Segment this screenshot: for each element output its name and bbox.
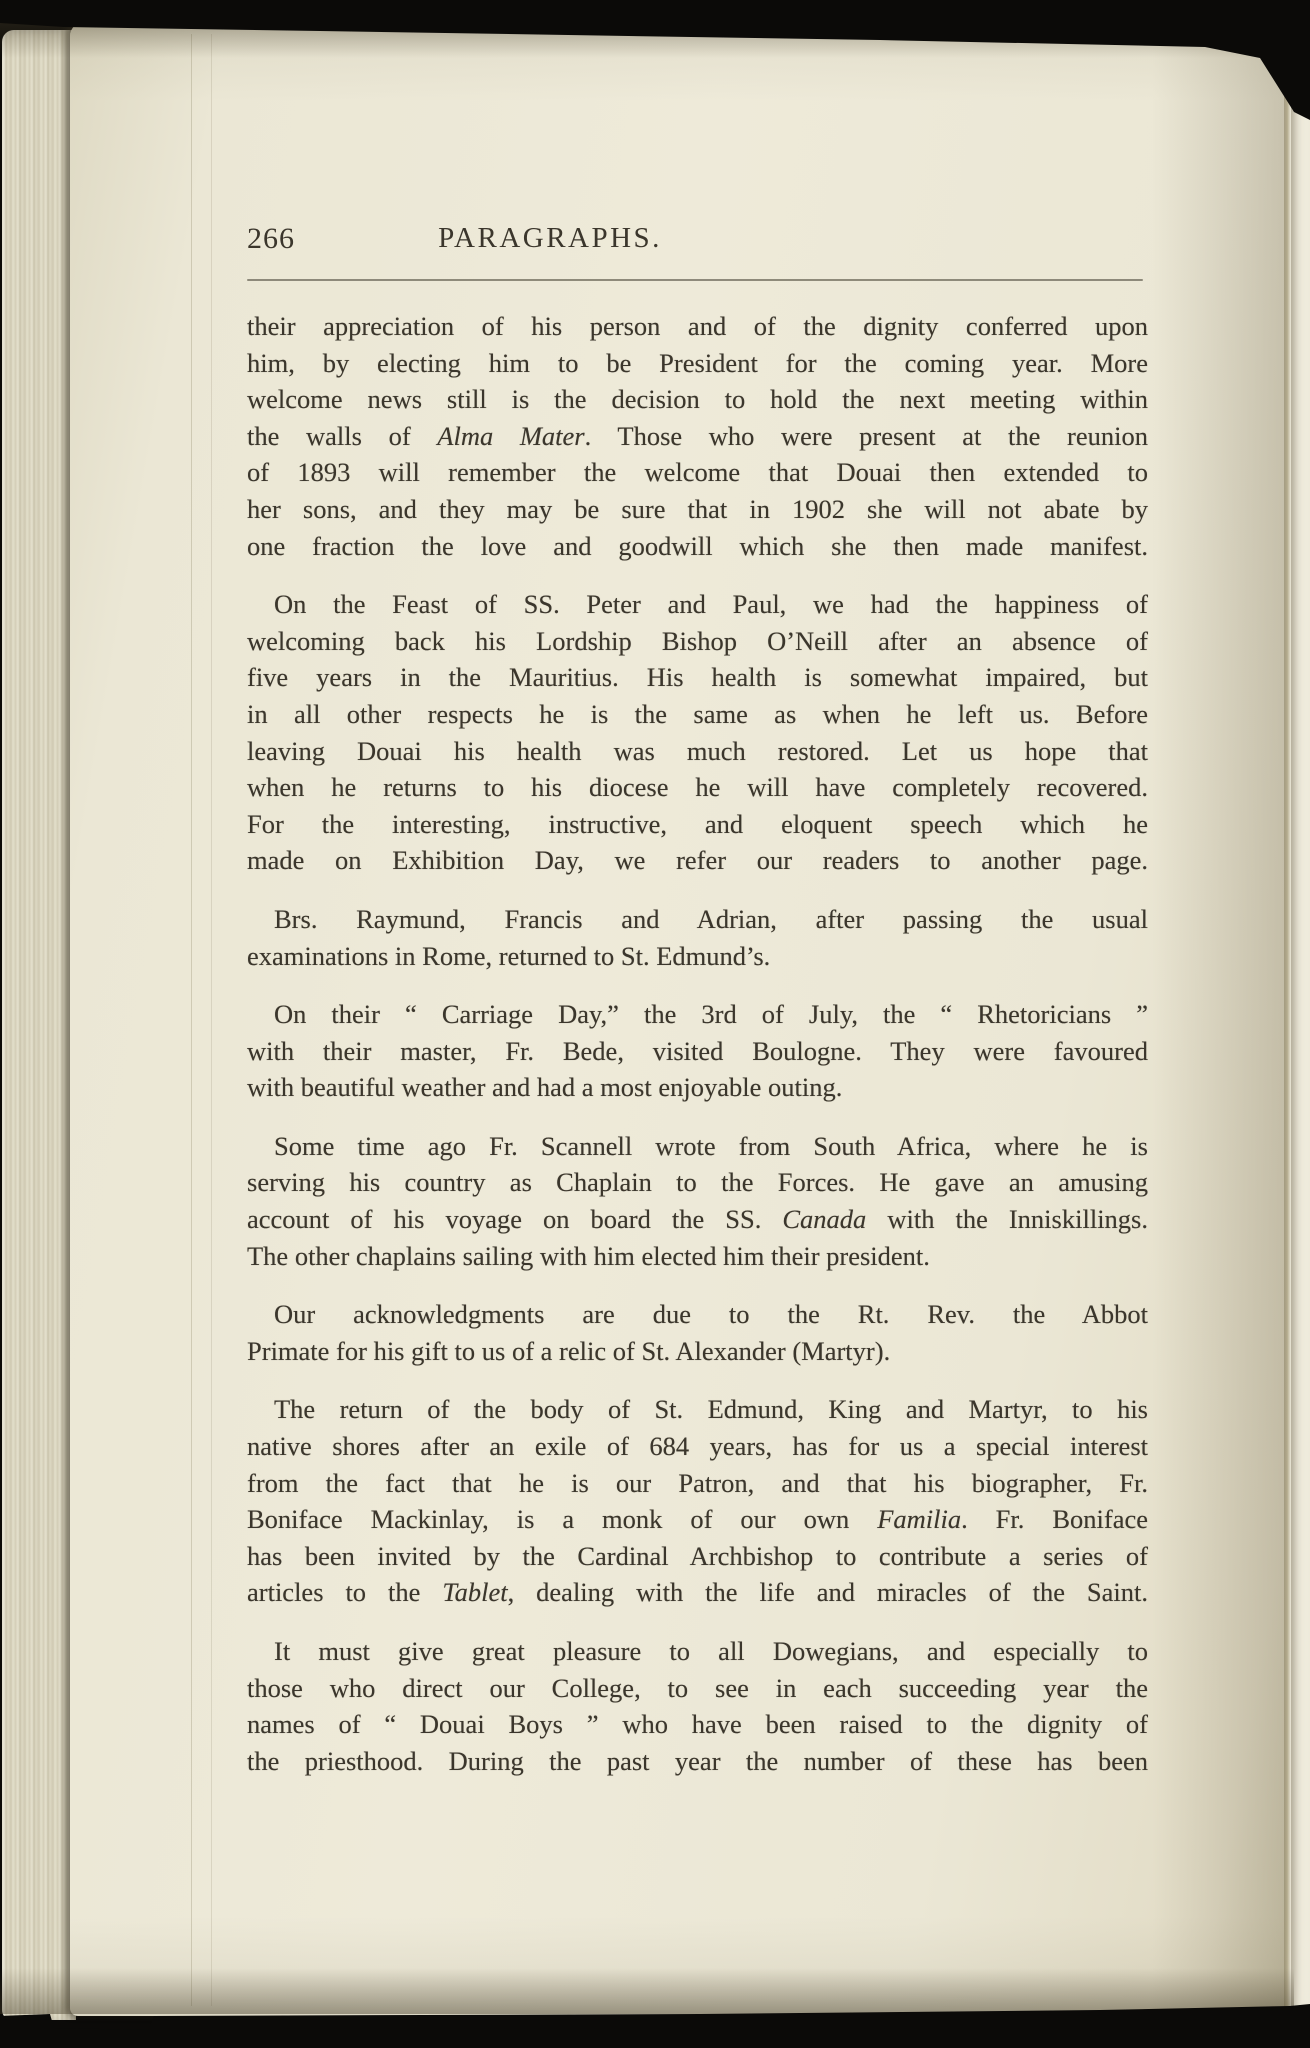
text-segment: Our acknowledgments are due to the Rt. R… <box>274 1299 1148 1329</box>
text-line: in all other respects he is the same as … <box>247 696 1148 733</box>
text-segment: leaving Douai his health was much restor… <box>247 736 1148 766</box>
text-segment: those who direct our College, to see in … <box>247 1673 1148 1703</box>
paragraph: The return of the body of St. Edmund, Ki… <box>247 1391 1148 1611</box>
text-segment: examinations in Rome, returned to St. Ed… <box>247 941 770 971</box>
text-line: Our acknowledgments are due to the Rt. R… <box>247 1296 1148 1333</box>
text-segment: one fraction the love and goodwill which… <box>247 531 1148 561</box>
text-segment: Some time ago Fr. Scannell wrote from So… <box>274 1131 1148 1161</box>
text-line: For the interesting, instructive, and el… <box>247 806 1148 843</box>
text-line: examinations in Rome, returned to St. Ed… <box>247 938 1148 975</box>
text-segment: their appreciation of his person and of … <box>247 311 1148 341</box>
text-segment: On the Feast of SS. Peter and Paul, we h… <box>274 589 1148 619</box>
head-rule <box>247 279 1143 281</box>
paragraph: Some time ago Fr. Scannell wrote from So… <box>247 1128 1148 1274</box>
paragraph: On the Feast of SS. Peter and Paul, we h… <box>247 586 1148 879</box>
text-segment: The return of the body of St. Edmund, Ki… <box>274 1394 1148 1424</box>
text-segment: welcoming back his Lordship Bishop O’Nei… <box>247 626 1148 656</box>
text-segment: made on Exhibition Day, we refer our rea… <box>247 845 1148 875</box>
text-line: welcome news still is the decision to ho… <box>247 381 1148 418</box>
text-line: articles to the Tablet, dealing with the… <box>247 1574 1148 1611</box>
text-line: made on Exhibition Day, we refer our rea… <box>247 842 1148 879</box>
italic-text: Alma Mater <box>437 421 584 451</box>
text-segment: account of his voyage on board the SS. <box>247 1204 782 1234</box>
text-line: their appreciation of his person and of … <box>247 308 1148 345</box>
page-fold-line <box>211 34 212 2006</box>
text-segment: from the fact that he is our Patron, and… <box>247 1468 1148 1498</box>
text-segment: , dealing with the life and miracles of … <box>508 1577 1148 1607</box>
paragraph: their appreciation of his person and of … <box>247 308 1148 564</box>
text-line: the priesthood. During the past year the… <box>247 1743 1148 1780</box>
text-line: account of his voyage on board the SS. C… <box>247 1201 1148 1238</box>
text-segment: For the interesting, instructive, and el… <box>247 809 1148 839</box>
text-segment: articles to the <box>247 1577 442 1607</box>
text-segment: the priesthood. During the past year the… <box>247 1746 1148 1776</box>
text-block: their appreciation of his person and of … <box>247 308 1148 1779</box>
text-line: On the Feast of SS. Peter and Paul, we h… <box>247 586 1148 623</box>
text-line: Brs. Raymund, Francis and Adrian, after … <box>247 901 1148 938</box>
paragraph: On their “ Carriage Day,” the 3rd of Jul… <box>247 996 1148 1106</box>
paragraph: Brs. Raymund, Francis and Adrian, after … <box>247 901 1148 974</box>
text-line: Boniface Mackinlay, is a monk of our own… <box>247 1501 1148 1538</box>
text-line: The return of the body of St. Edmund, Ki… <box>247 1391 1148 1428</box>
page-number: 266 <box>247 222 295 255</box>
text-segment: . Fr. Boniface <box>961 1504 1148 1534</box>
gutter-shade <box>1152 22 1292 2016</box>
text-segment: serving his country as Chaplain to the F… <box>247 1167 1148 1197</box>
text-segment: The other chaplains sailing with him ele… <box>247 1241 930 1271</box>
text-line: with beautiful weather and had a most en… <box>247 1069 1148 1106</box>
italic-text: Canada <box>782 1204 866 1234</box>
text-segment: has been invited by the Cardinal Archbis… <box>247 1541 1148 1571</box>
gutter-crease <box>1284 28 1291 2012</box>
text-segment: It must give great pleasure to all Doweg… <box>274 1636 1148 1666</box>
text-line: native shores after an exile of 684 year… <box>247 1428 1148 1465</box>
paragraph: It must give great pleasure to all Doweg… <box>247 1633 1148 1779</box>
text-line: five years in the Mauritius. His health … <box>247 659 1148 696</box>
text-line: The other chaplains sailing with him ele… <box>247 1238 1148 1275</box>
text-segment: of 1893 will remember the welcome that D… <box>247 457 1148 487</box>
text-segment: native shores after an exile of 684 year… <box>247 1431 1148 1461</box>
text-line: from the fact that he is our Patron, and… <box>247 1465 1148 1502</box>
page-fold-line <box>191 34 192 2006</box>
text-segment: when he returns to his diocese he will h… <box>247 772 1148 802</box>
text-segment: On their “ Carriage Day,” the 3rd of Jul… <box>274 999 1148 1029</box>
text-line: with their master, Fr. Bede, visited Bou… <box>247 1033 1148 1070</box>
text-line: serving his country as Chaplain to the F… <box>247 1164 1148 1201</box>
text-line: those who direct our College, to see in … <box>247 1670 1148 1707</box>
text-line: the walls of Alma Mater. Those who were … <box>247 418 1148 455</box>
text-segment: with beautiful weather and had a most en… <box>247 1072 842 1102</box>
bottom-edge-shading <box>0 1968 1294 2014</box>
text-line: when he returns to his diocese he will h… <box>247 769 1148 806</box>
book-page: 266 PARAGRAPHS. their appreciation of hi… <box>70 22 1292 2016</box>
text-line: names of “ Douai Boys ” who have been ra… <box>247 1706 1148 1743</box>
text-line: leaving Douai his health was much restor… <box>247 733 1148 770</box>
paragraph: Our acknowledgments are due to the Rt. R… <box>247 1296 1148 1369</box>
text-line: Primate for his gift to us of a relic of… <box>247 1333 1148 1370</box>
text-line: him, by electing him to be President for… <box>247 345 1148 382</box>
book-photo: 266 PARAGRAPHS. their appreciation of hi… <box>0 0 1310 2048</box>
text-line: welcoming back his Lordship Bishop O’Nei… <box>247 623 1148 660</box>
running-head: PARAGRAPHS. <box>438 223 662 255</box>
text-line: her sons, and they may be sure that in 1… <box>247 491 1148 528</box>
text-line: has been invited by the Cardinal Archbis… <box>247 1538 1148 1575</box>
page-stack-edges <box>2 30 76 2020</box>
text-segment: Boniface Mackinlay, is a monk of our own <box>247 1504 877 1534</box>
text-segment: her sons, and they may be sure that in 1… <box>247 494 1148 524</box>
adjacent-page <box>1291 30 1310 2010</box>
text-line: Some time ago Fr. Scannell wrote from So… <box>247 1128 1148 1165</box>
text-segment: Primate for his gift to us of a relic of… <box>247 1336 890 1366</box>
italic-text: Familia <box>877 1504 961 1534</box>
text-segment: names of “ Douai Boys ” who have been ra… <box>247 1709 1148 1739</box>
text-segment: the walls of <box>247 421 437 451</box>
text-line: of 1893 will remember the welcome that D… <box>247 454 1148 491</box>
text-segment: five years in the Mauritius. His health … <box>247 662 1148 692</box>
text-segment: . Those who were present at the reunion <box>585 421 1148 451</box>
italic-text: Tablet <box>442 1577 507 1607</box>
text-segment: with their master, Fr. Bede, visited Bou… <box>247 1036 1148 1066</box>
text-segment: in all other respects he is the same as … <box>247 699 1148 729</box>
text-segment: with the Inniskillings. <box>866 1204 1148 1234</box>
text-segment: him, by electing him to be President for… <box>247 348 1148 378</box>
text-segment: Brs. Raymund, Francis and Adrian, after … <box>274 904 1148 934</box>
text-segment: welcome news still is the decision to ho… <box>247 384 1148 414</box>
text-line: On their “ Carriage Day,” the 3rd of Jul… <box>247 996 1148 1033</box>
text-line: one fraction the love and goodwill which… <box>247 528 1148 565</box>
text-line: It must give great pleasure to all Doweg… <box>247 1633 1148 1670</box>
